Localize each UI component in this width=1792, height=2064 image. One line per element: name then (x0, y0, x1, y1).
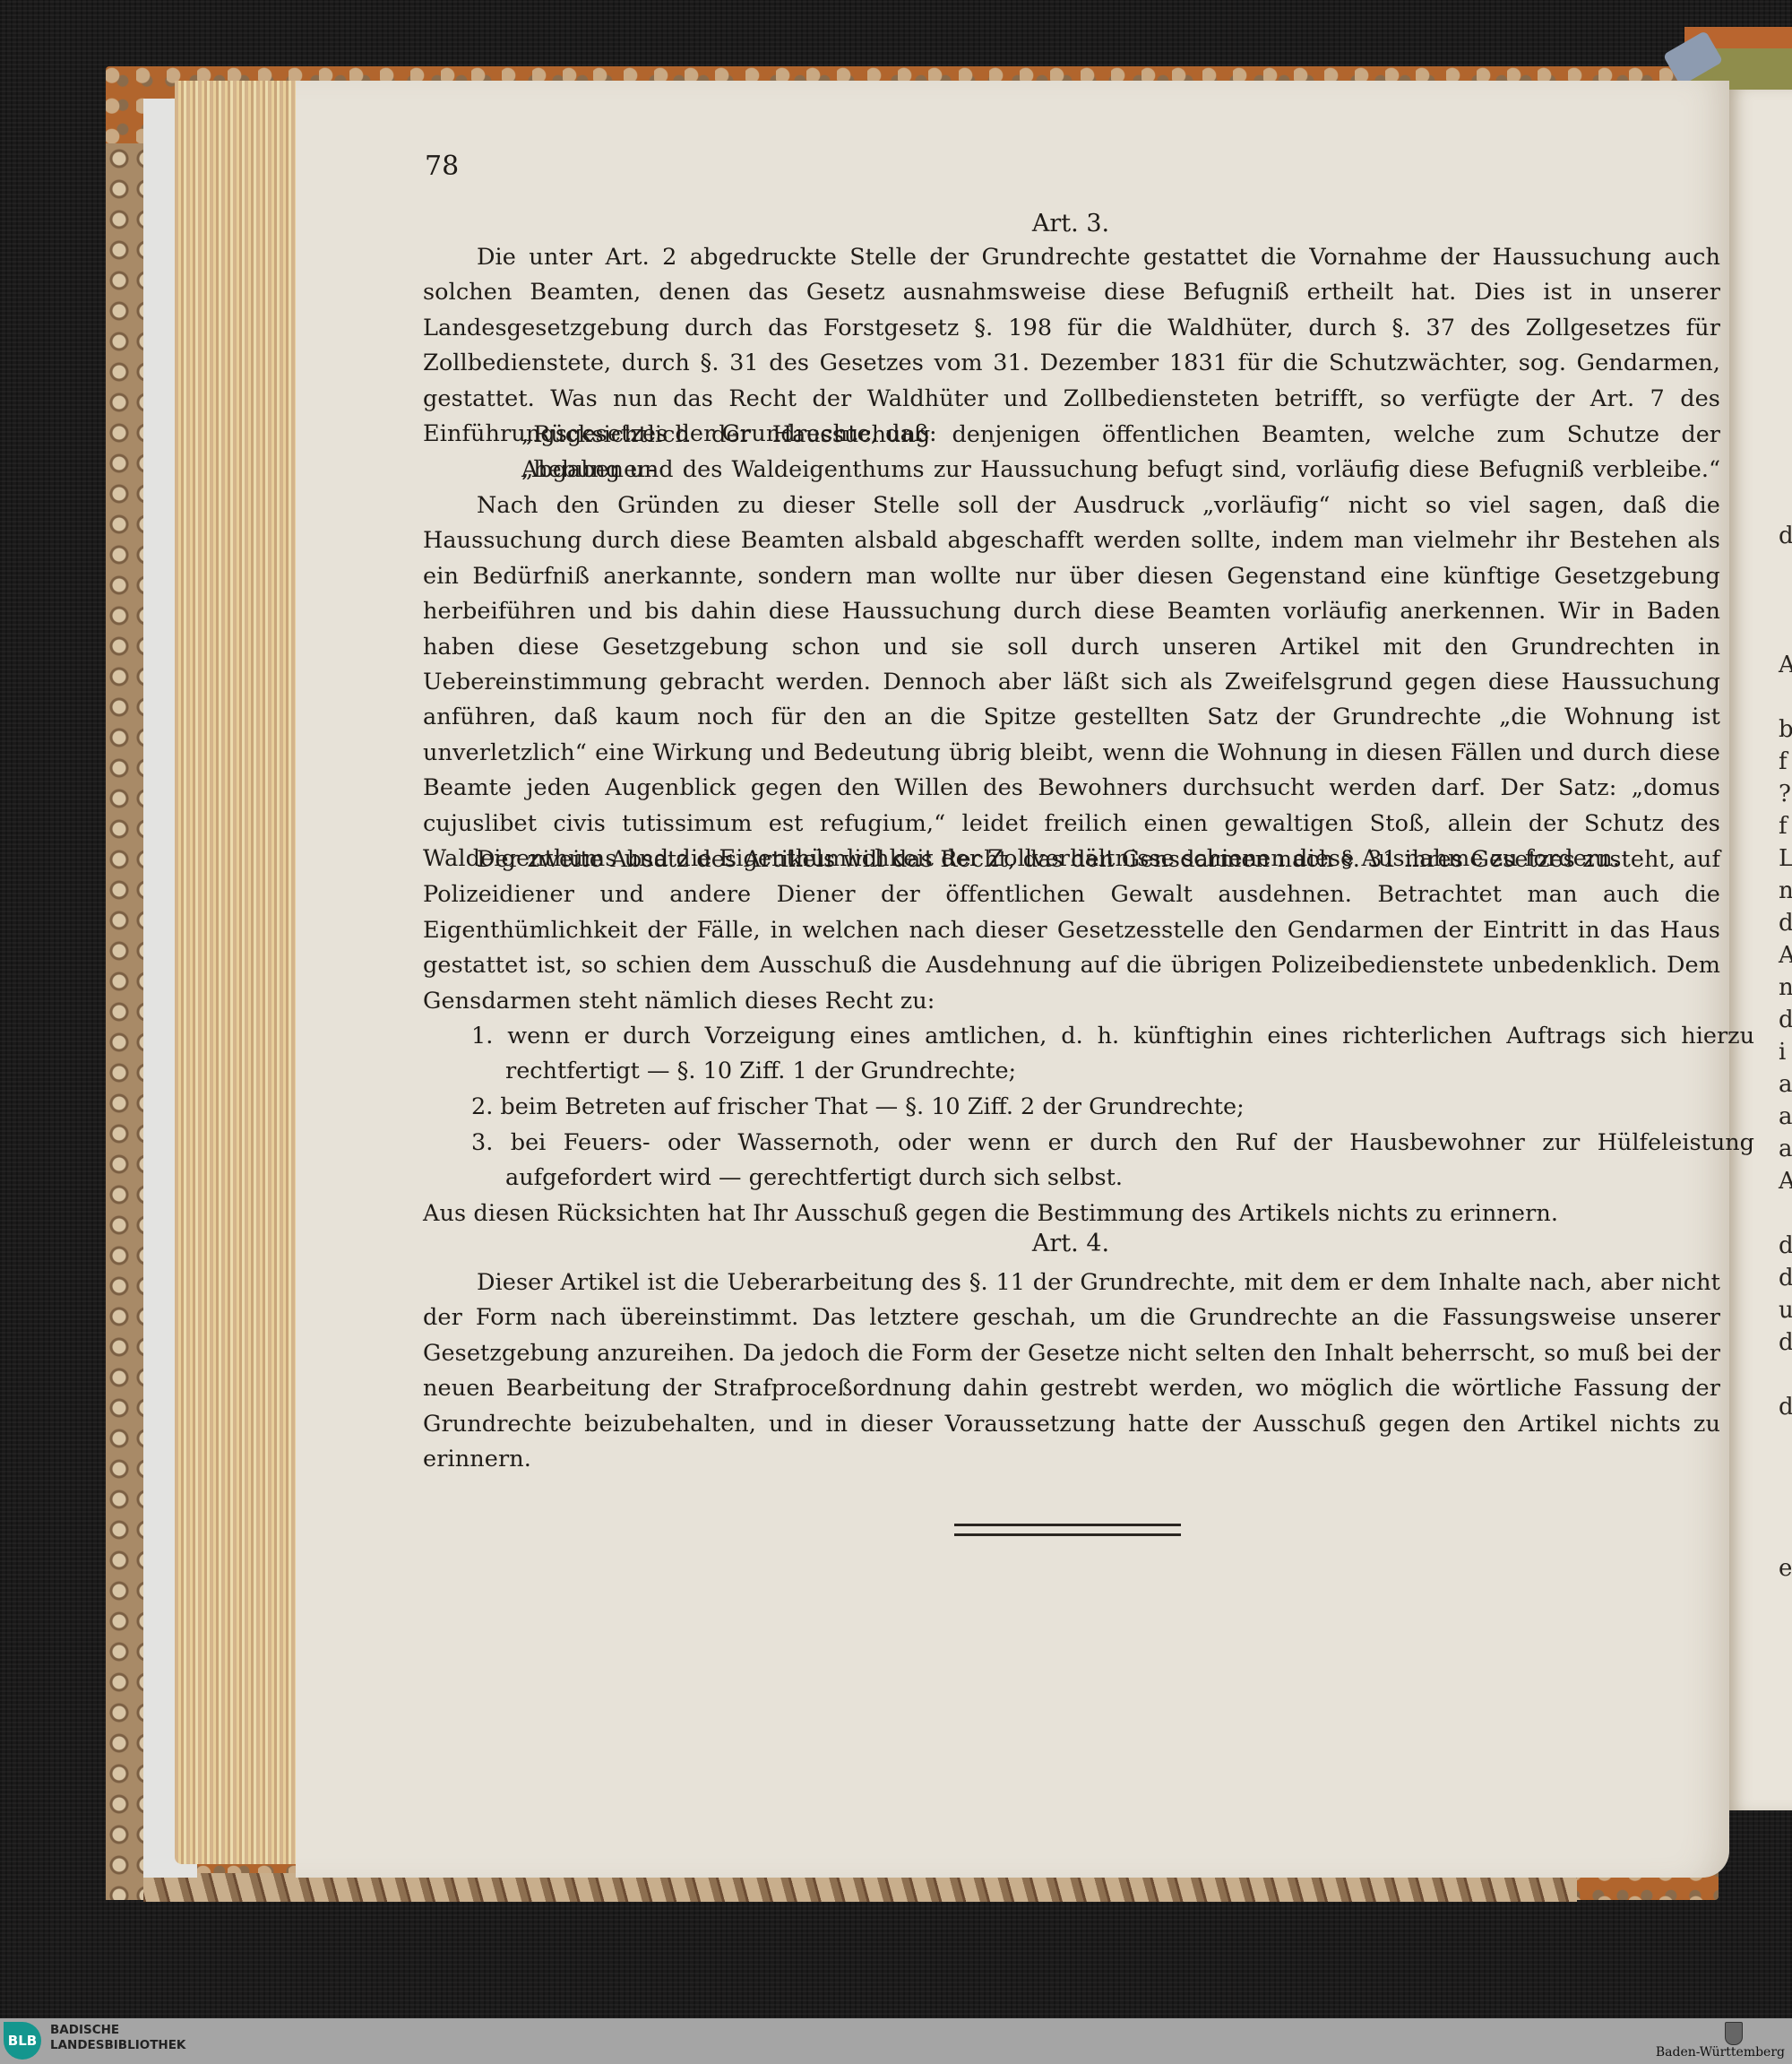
page-edges (175, 81, 300, 1864)
marbled-cover-edge (106, 143, 147, 1900)
library-name-line2: LANDESBIBLIOTHEK (50, 2038, 185, 2053)
list-item: 3. bei Feuers- oder Wassernoth, oder wen… (471, 1126, 1754, 1196)
list-item: 2. beim Betreten auf frischer That — §. … (471, 1090, 1754, 1125)
state-name: Baden-Württemberg (1656, 2045, 1785, 2060)
list-item: 1. wenn er durch Vorzeigung eines amtlic… (471, 1019, 1754, 1090)
footer-bar: BLB BADISCHE LANDESBIBLIOTHEK Baden-Würt… (0, 2018, 1792, 2064)
library-name: BADISCHE LANDESBIBLIOTHEK (50, 2023, 185, 2053)
section-heading-art-3: Art. 3. (986, 210, 1156, 237)
section-heading-art-4: Art. 4. (986, 1230, 1156, 1257)
library-name-line1: BADISCHE (50, 2023, 185, 2038)
closing-sentence: Aus diesen Rücksichten hat Ihr Ausschuß … (423, 1196, 1720, 1231)
quote-line: „hebung und des Waldeigenthums zur Hauss… (521, 453, 1720, 488)
facing-page-text-fragments: d A b f ? f L n d A n d i a a a A d d u … (1779, 520, 1792, 1585)
blb-logo-icon: BLB (4, 2022, 41, 2060)
paragraph: Dieser Artikel ist die Ueberarbeitung de… (423, 1265, 1720, 1477)
section-end-rule (954, 1524, 1181, 1536)
paragraph: Der zweite Absatz des Artikels will das … (423, 842, 1720, 1019)
page-number: 78 (425, 151, 459, 182)
coat-of-arms-icon (1725, 2022, 1743, 2045)
paragraph: Nach den Gründen zu dieser Stelle soll d… (423, 488, 1720, 877)
